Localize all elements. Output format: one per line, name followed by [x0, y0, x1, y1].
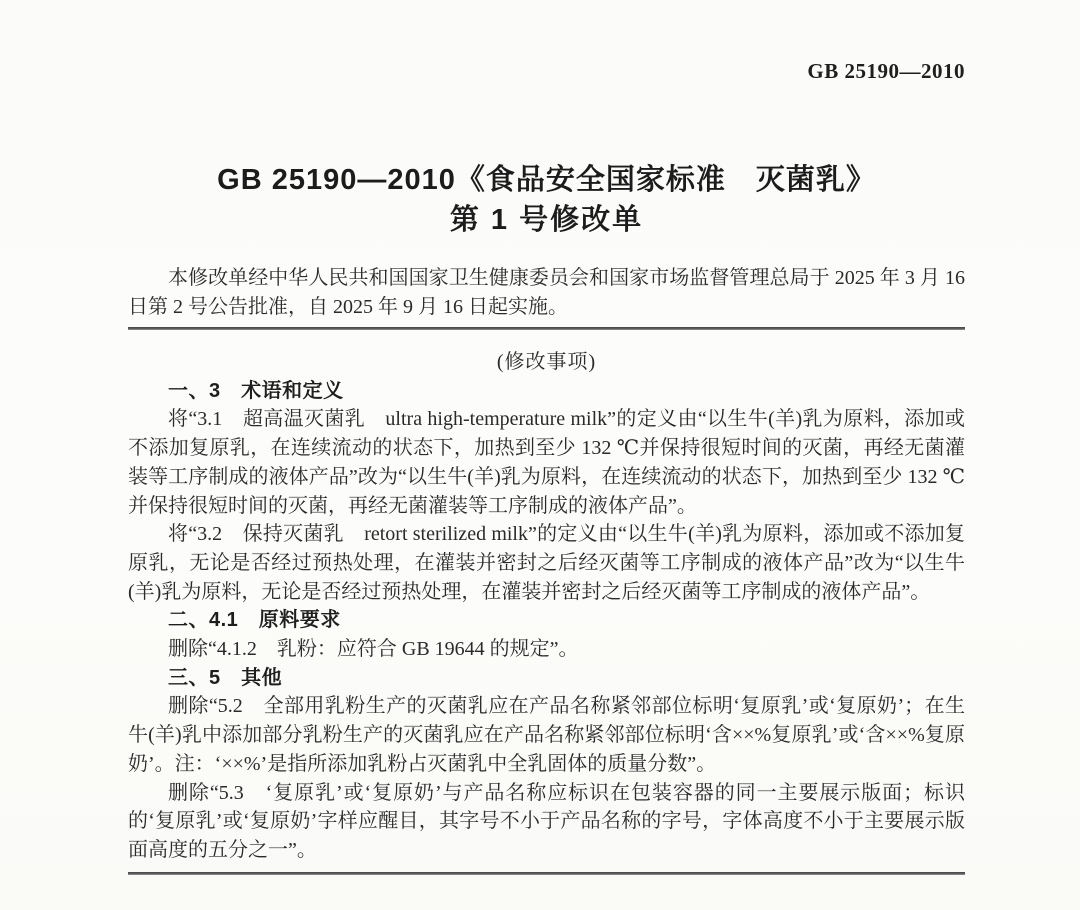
document-page: GB 25190—2010 GB 25190—2010《食品安全国家标准 灭菌乳… [0, 0, 1080, 910]
revision-content: (修改事项) 一、3 术语和定义 将“3.1 超高温灭菌乳 ultra high… [128, 348, 965, 865]
approval-preamble-paragraph: 本修改单经中华人民共和国国家卫生健康委员会和国家市场监督管理总局于 2025 年… [128, 264, 965, 322]
section-heading-raw-material: 二、4.1 原料要求 [128, 606, 965, 635]
section-heading-terms-definitions: 一、3 术语和定义 [128, 377, 965, 406]
paragraph-delete-5-2: 删除“5.2 全部用乳粉生产的灭菌乳应在产品名称紧邻部位标明‘复原乳’或‘复原奶… [128, 692, 965, 778]
paragraph-delete-4-1-2: 删除“4.1.2 乳粉：应符合 GB 19644 的规定”。 [128, 635, 965, 664]
standard-number-header: GB 25190—2010 [128, 58, 965, 84]
revision-items-label: (修改事项) [128, 348, 965, 377]
document-title: GB 25190—2010《食品安全国家标准 灭菌乳》 [128, 160, 965, 200]
section-heading-others: 三、5 其他 [128, 664, 965, 693]
top-divider-rule [128, 327, 965, 330]
paragraph-retort-milk-definition: 将“3.2 保持灭菌乳 retort sterilized milk”的定义由“… [128, 520, 965, 606]
paragraph-uht-milk-definition: 将“3.1 超高温灭菌乳 ultra high-temperature milk… [128, 405, 965, 520]
paragraph-delete-5-3: 删除“5.3 ‘复原乳’或‘复原奶’与产品名称应标识在包装容器的同一主要展示版面… [128, 779, 965, 865]
bottom-divider-rule [128, 872, 965, 875]
document-subtitle: 第 1 号修改单 [128, 200, 965, 240]
